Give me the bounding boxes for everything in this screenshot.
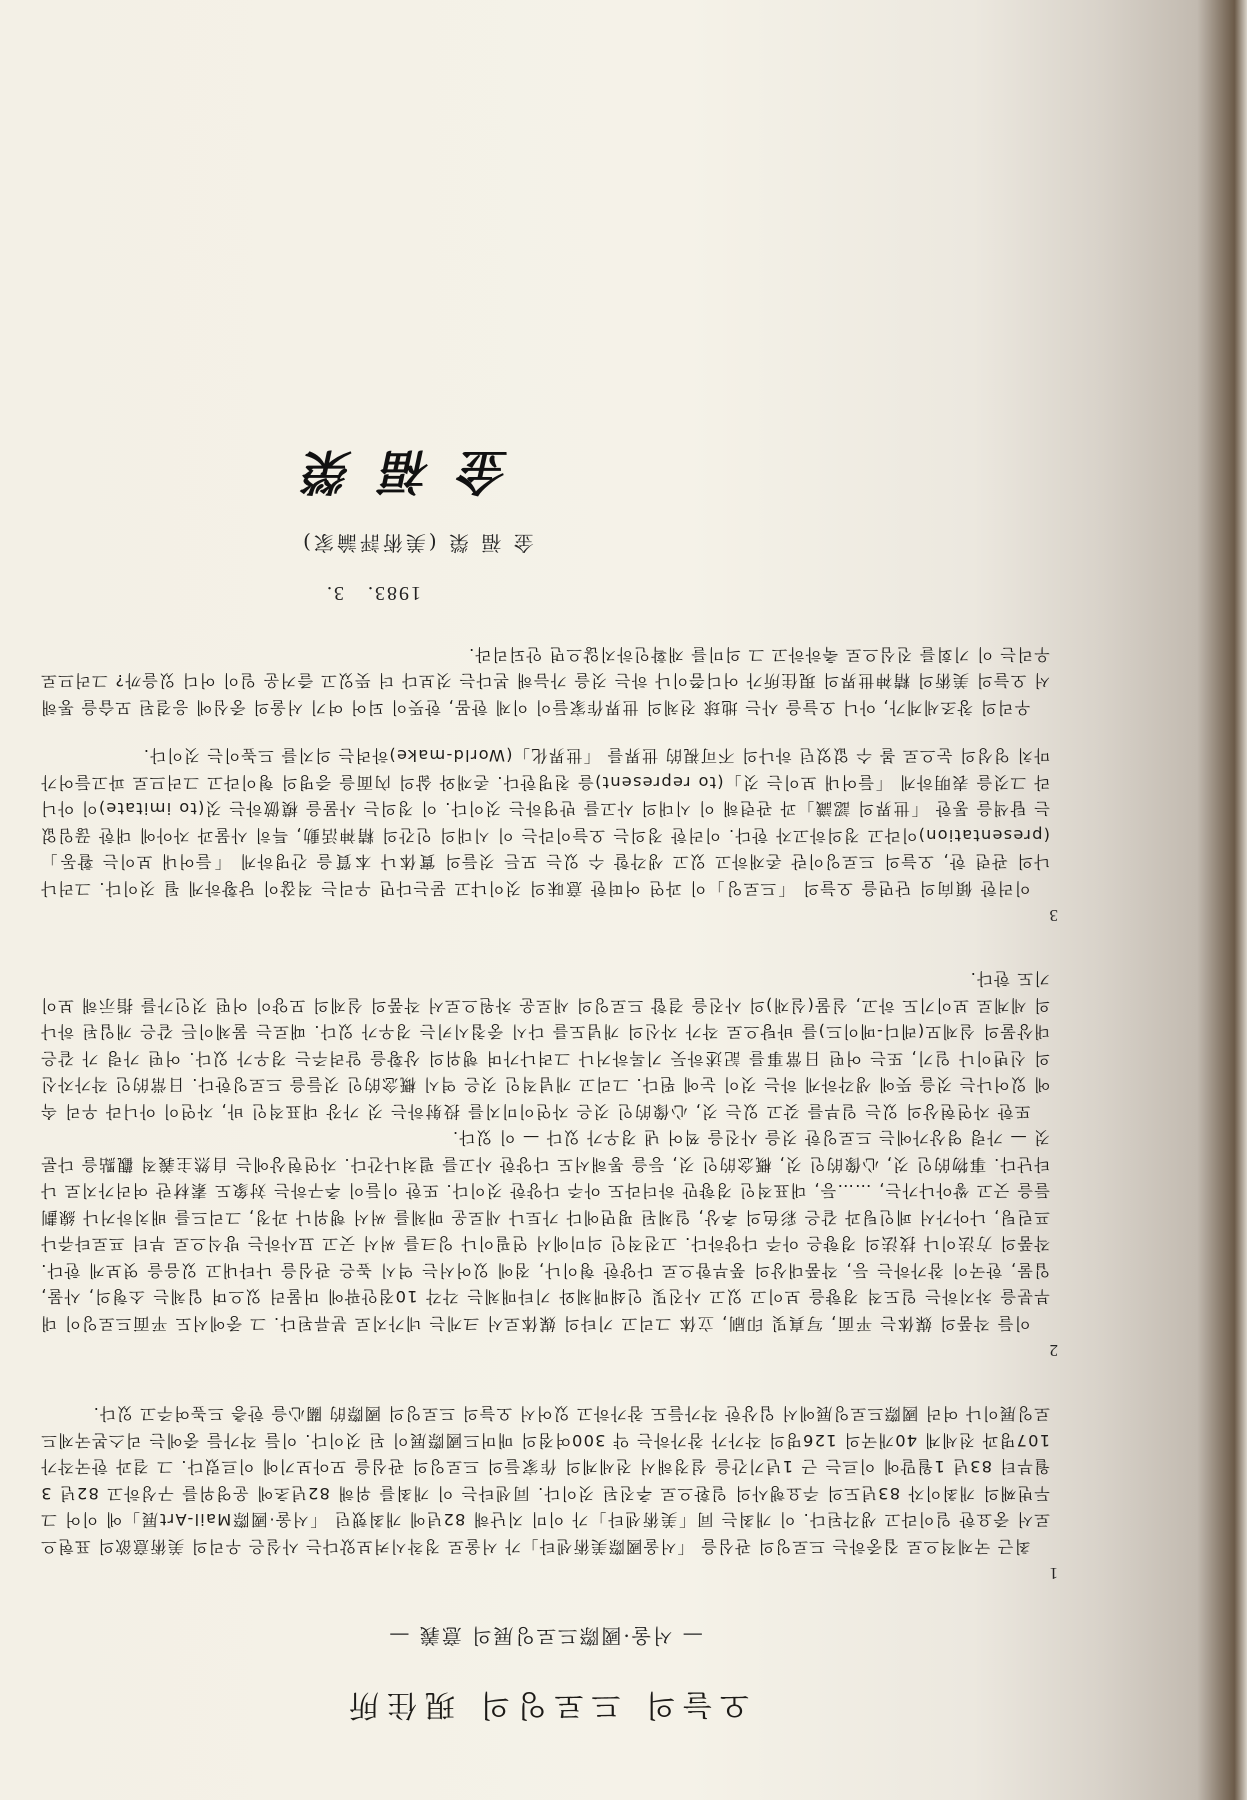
- scanned-page: 오늘의 드로잉의 現住所 — 서울·國際드로잉展의 意義 — 1 최근 국제적으…: [0, 0, 1247, 1800]
- paragraph: 이들 작품의 媒体는 平面, 写真및 印刷, 立体 그리고 기타의 媒体로서 크…: [40, 1124, 1050, 1336]
- paragraph: 최근 국제적으로 집중하는 드로잉의 관심을 「서울國際美術센타」가 서울로 정…: [40, 1400, 1050, 1559]
- article-subtitle: — 서울·國際드로잉展의 意義 —: [40, 1623, 1050, 1652]
- date-line: 1983. 3.: [40, 582, 1050, 611]
- author-line: 金 福 榮 (美術評論家): [40, 531, 1050, 560]
- signature: 金福榮: [33, 442, 1058, 511]
- paragraph: 또한 자연현상의 있는 일부를 갖고 있는 것, 心像的인 것은 자연이미지를 …: [40, 965, 1050, 1124]
- section-1: 1 최근 국제적으로 집중하는 드로잉의 관심을 「서울國際美術센타」가 서울로…: [40, 1400, 1050, 1583]
- section-2: 2 이들 작품의 媒体는 平面, 写真및 印刷, 立体 그리고 기타의 媒体로서…: [40, 965, 1050, 1360]
- section-number: 2: [40, 1340, 1058, 1360]
- section-3: 3 이러한 傾向의 단면을 오늘의 「드로잉」이 과연 어떠한 意味의 것이냐고…: [40, 742, 1050, 925]
- article-title: 오늘의 드로잉의 現住所: [40, 1686, 1050, 1730]
- section-number: 3: [40, 905, 1058, 925]
- rotated-page: 오늘의 드로잉의 現住所 — 서울·國際드로잉展의 意義 — 1 최근 국제적으…: [0, 0, 1247, 1800]
- section-number: 1: [40, 1563, 1058, 1583]
- closing-paragraph: 우리의 창조세계가, 아니 오늘을 사는 地球 전체의 世界作家들이 이제 한몸…: [40, 641, 1050, 721]
- page-content: 오늘의 드로잉의 現住所 — 서울·國際드로잉展의 意義 — 1 최근 국제적으…: [40, 442, 1050, 1761]
- paragraph: 이러한 傾向의 단면을 오늘의 「드로잉」이 과연 어떠한 意味의 것이냐고 묻…: [40, 742, 1050, 901]
